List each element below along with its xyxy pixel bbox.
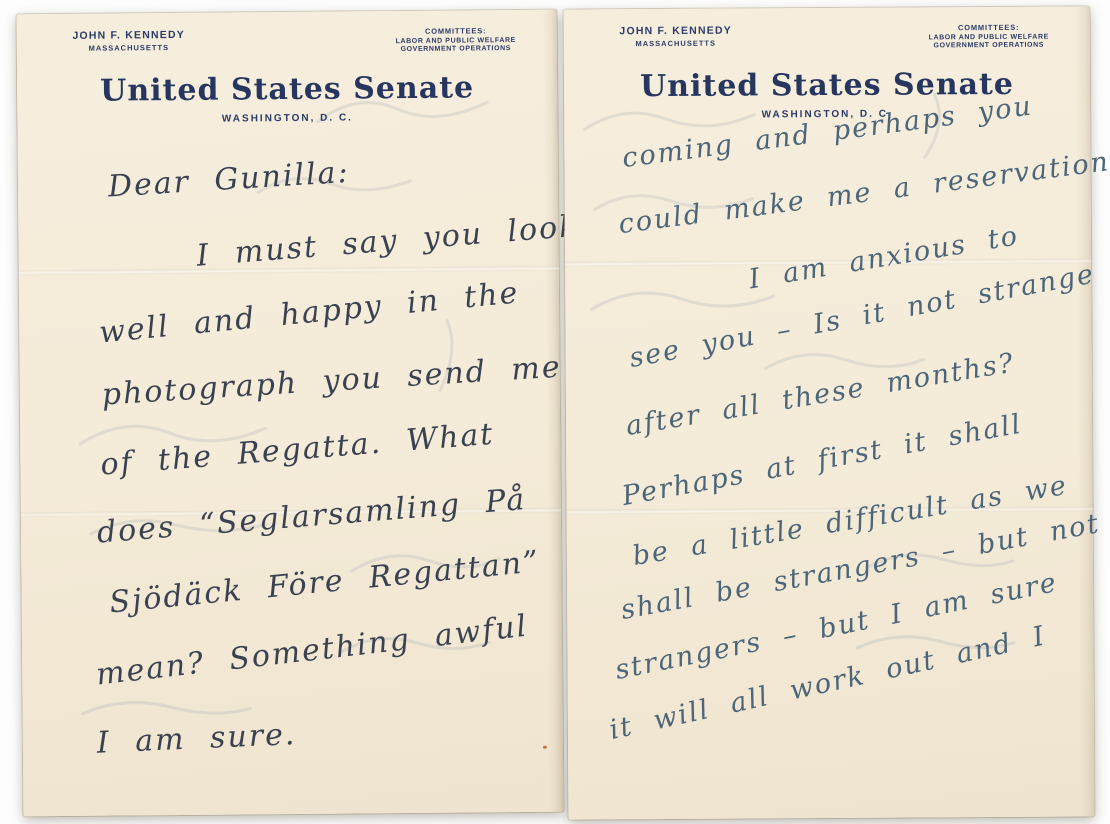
senate-masthead: United States Senate — [17, 70, 557, 110]
handwriting-line: mean? Something awful — [94, 609, 530, 693]
handwriting-line: Sjödäck Före Regattan” — [108, 544, 542, 620]
handwriting-line: of the Regatta. What — [99, 417, 495, 483]
sender-name: JOHN F. KENNEDY — [586, 24, 766, 37]
page-edge-shading — [1076, 6, 1095, 816]
fold-crease — [19, 266, 559, 276]
paper-speck — [543, 746, 547, 749]
handwriting-line: I am sure. — [96, 717, 297, 761]
committees-label: COMMITTEES: — [367, 26, 545, 37]
handwriting-line: photograph you send me — [101, 350, 563, 413]
handwriting-line: does “Seglarsamling På — [96, 482, 528, 551]
letter-page-1: JOHN F. KENNEDY MASSACHUSETTS COMMITTEES… — [17, 10, 564, 817]
letterhead-sender-block: JOHN F. KENNEDY MASSACHUSETTS — [39, 29, 219, 54]
sender-name: JOHN F. KENNEDY — [39, 29, 219, 43]
letterhead-committees-block: COMMITTEES: LABOR AND PUBLIC WELFARE GOV… — [900, 22, 1078, 49]
committee-item: LABOR AND PUBLIC WELFARE — [367, 36, 545, 45]
sender-state: MASSACHUSETTS — [586, 38, 766, 48]
committee-item: GOVERNMENT OPERATIONS — [900, 41, 1078, 49]
sender-state: MASSACHUSETTS — [39, 43, 219, 54]
letterhead-committees-block: COMMITTEES: LABOR AND PUBLIC WELFARE GOV… — [367, 26, 545, 54]
letter-page-2: JOHN F. KENNEDY MASSACHUSETTS COMMITTEES… — [564, 6, 1095, 819]
handwriting-line: Dear Gunilla: — [107, 155, 351, 205]
letterhead-city: WASHINGTON, D. C. — [17, 111, 557, 127]
page-edge-shading — [542, 10, 563, 812]
photograph-of-letter: JOHN F. KENNEDY MASSACHUSETTS COMMITTEES… — [0, 0, 1110, 824]
ink-bleed-through — [17, 10, 564, 817]
committee-item: GOVERNMENT OPERATIONS — [367, 45, 545, 54]
letterhead-sender-block: JOHN F. KENNEDY MASSACHUSETTS — [586, 24, 766, 48]
committee-item: LABOR AND PUBLIC WELFARE — [900, 33, 1078, 41]
committees-label: COMMITTEES: — [900, 22, 1078, 32]
handwriting-line: well and happy in the — [98, 275, 521, 350]
